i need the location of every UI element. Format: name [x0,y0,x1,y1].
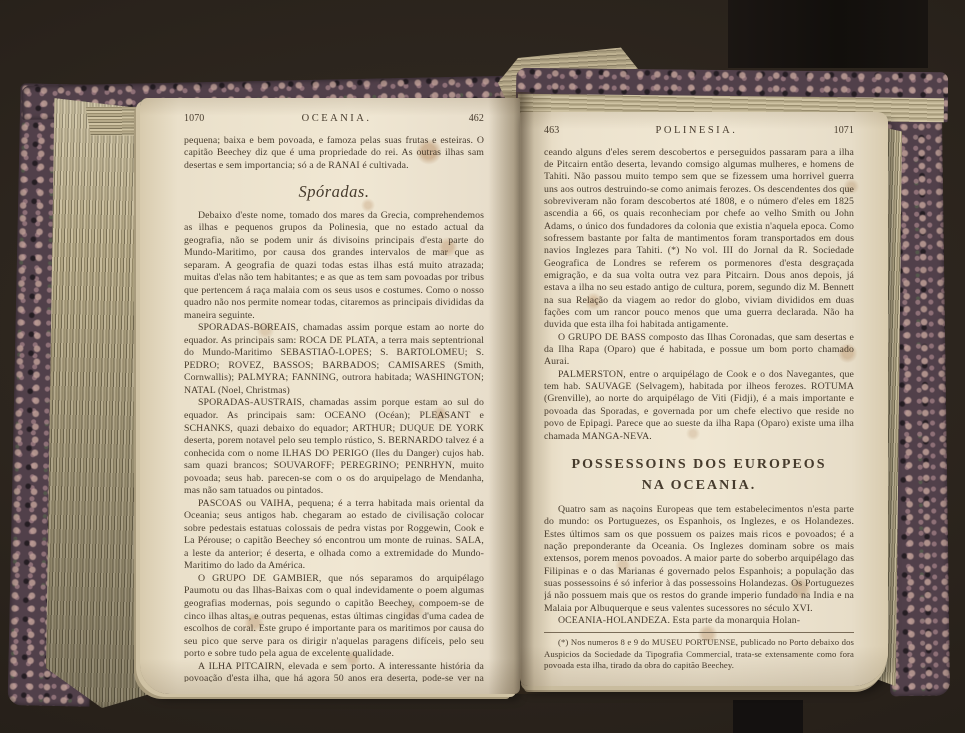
left-page-header: 1070 OCEANIA. 462 [184,112,484,126]
left-page-text-column: 1070 OCEANIA. 462 pequena; baixa e bem p… [184,112,484,682]
continuation-paragraph: ceando alguns d'eles serem descobertos e… [544,147,854,332]
paragraph: PALMERSTON, entre o arquipélago de Cook … [544,369,854,443]
footnote: (*) Nos numeros 8 e 9 do MUSEU PORTUENSE… [544,632,854,671]
backdrop-dark-strip-bottom [733,700,803,733]
paragraph: A ILHA PITCAIRN, elevada e sem porto. A … [184,661,484,682]
right-page-paragraphs-before-heading: O GRUPO DE BASS composto das Ilhas Coron… [544,332,854,443]
right-page-text-column: 463 POLINESIA. 1071 ceando alguns d'eles… [544,124,854,680]
right-page-paragraphs-after-heading: Quatro sam as naçoins Europeas que tem e… [544,504,854,627]
paragraph: O GRUPO DE GAMBIER, que nós separamos do… [184,573,484,661]
paragraph: Debaixo d'este nome, tomado dos mares da… [184,210,484,323]
continuation-paragraph: pequena; baixa e bem povoada, e famoza p… [184,135,484,173]
section-heading-possessions: POSSESSOINS DOS EUROPEOS NA OCEANIA. [544,454,854,496]
page-number-right: 463 [544,125,559,138]
paragraph: SPORADAS-BOREAIS, chamadas assim porque … [184,322,484,397]
left-page-paragraphs: Debaixo d'este nome, tomado dos mares da… [184,210,484,683]
running-title-right: POLINESIA. [656,124,738,137]
right-page-header: 463 POLINESIA. 1071 [544,124,854,138]
paragraph: PASCOAS ou VAIHA, pequena; é a terra hab… [184,498,484,573]
section-heading-line2: NA OCEANIA. [544,475,854,496]
book-photo-scene: 1070 OCEANIA. 462 pequena; baixa e bem p… [0,0,965,733]
left-page: 1070 OCEANIA. 462 pequena; baixa e bem p… [140,98,520,694]
folio-number-left: 1070 [184,113,204,126]
folio-number-right: 1071 [834,125,854,138]
paragraph: SPORADAS-AUSTRAIS, chamadas assim porque… [184,397,484,497]
paragraph: OCEANIA-HOLANDEZA. Esta parte da monarqu… [544,615,854,627]
backdrop-dark-strip-top [728,0,928,68]
paragraph: O GRUPO DE BASS composto das Ilhas Coron… [544,332,854,369]
section-heading-sporadas: Spóradas. [184,181,484,202]
paragraph: Quatro sam as naçoins Europeas que tem e… [544,504,854,615]
page-number-left: 462 [469,113,484,126]
right-page: 463 POLINESIA. 1071 ceando alguns d'eles… [520,112,888,686]
section-heading-line1: POSSESSOINS DOS EUROPEOS [544,454,854,475]
running-title-left: OCEANIA. [302,112,372,125]
